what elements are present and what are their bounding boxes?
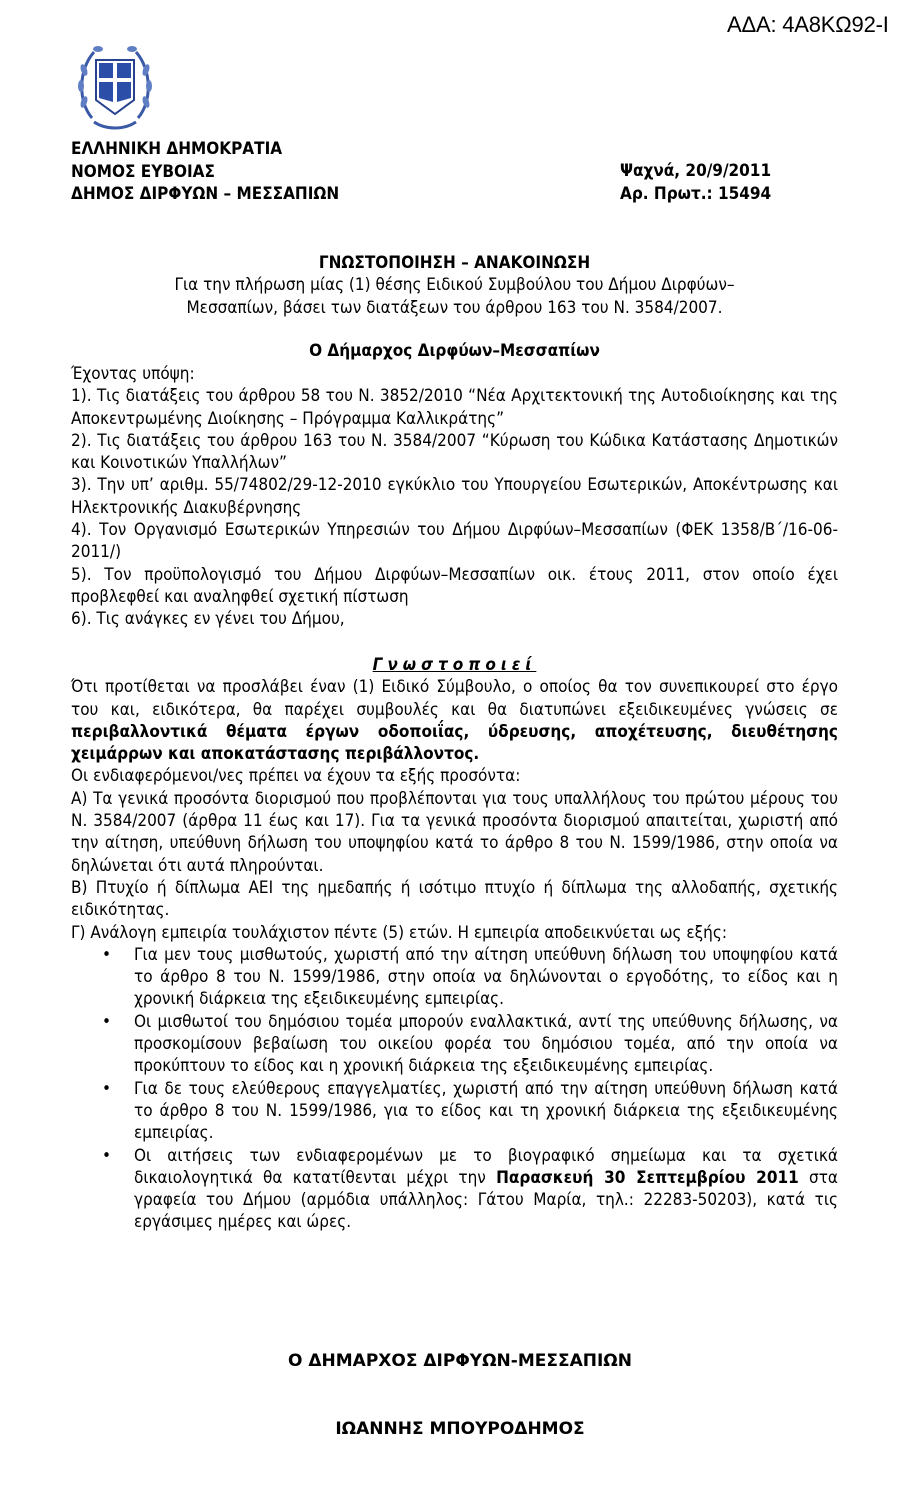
notification-section: Γνωστοποιεί Ότι προτίθεται να προσλάβει … [71,654,838,1234]
list-item: Οι αιτήσεις των ενδιαφερομένων με το βιο… [134,1145,838,1234]
place-date: Ψαχνά, 20/9/2011 [620,160,771,183]
consideration-item: 3). Την υπ’ αριθμ. 55/74802/29-12-2010 ε… [71,474,838,519]
notify-heading: Γνωστοποιεί [71,654,838,676]
consideration-item: 5). Τον προϋπολογισμό του Δήμου Διρφύων–… [71,564,838,609]
qualification-b: Β) Πτυχίο ή δίπλωμα ΑΕΙ της ημεδαπής ή ι… [71,877,838,922]
list-item: Για μεν τους μισθωτούς, χωριστή από την … [134,944,838,1011]
considering-label: Έχοντας υπόψη: [71,363,838,385]
title-block: ΓΝΩΣΤΟΠΟΙΗΣΗ – ΑΝΑΚΟΙΝΩΣΗ Για την πλήρωσ… [71,252,838,319]
greek-coat-of-arms-icon [74,40,156,132]
qualification-a: Α) Τα γενικά προσόντα διορισμού που προβ… [71,788,838,877]
signature-title: Ο ΔΗΜΑΡΧΟΣ ΔΙΡΦΥΩΝ-ΜΕΣΣΑΠΙΩΝ [0,1351,920,1371]
consideration-item: 4). Τον Οργανισμό Εσωτερικών Υπηρεσιών τ… [71,519,838,564]
notify-intro-text: Ότι προτίθεται να προσλάβει έναν (1) Ειδ… [71,677,838,719]
signature-name: ΙΩΑΝΝΗΣ ΜΠΟΥΡΟΔΗΜΟΣ [0,1419,920,1439]
consideration-item: 6). Τις ανάγκες εν γένει του Δήμου, [71,608,838,630]
ada-code: ΑΔΑ: 4Α8ΚΩ92-Ι [727,12,889,38]
consideration-item: 1). Τις διατάξεις του άρθρου 58 του Ν. 3… [71,385,838,430]
experience-proof-list: Για μεν τους μισθωτούς, χωριστή από την … [71,944,838,1234]
notify-intro: Ότι προτίθεται να προσλάβει έναν (1) Ειδ… [71,676,838,765]
issuer-municipality: ΔΗΜΟΣ ΔΙΡΦΥΩΝ – ΜΕΣΣΑΠΙΩΝ [71,183,339,206]
list-item: Για δε τους ελεύθερους επαγγελματίες, χω… [134,1078,838,1145]
considerations-section: Έχοντας υπόψη: 1). Τις διατάξεις του άρθ… [71,363,838,631]
deadline-date: Παρασκευή 30 Σεπτεμβρίου 2011 [496,1168,799,1188]
notify-intro-subject: περιβαλλοντικά θέματα έργων οδοποιΐας, ύ… [71,722,838,764]
issuer-block: ΕΛΛΗΝΙΚΗ ΔΗΜΟΚΡΑΤΙΑ ΝΟΜΟΣ ΕΥΒΟΙΑΣ ΔΗΜΟΣ … [71,138,339,206]
document-title: ΓΝΩΣΤΟΠΟΙΗΣΗ – ΑΝΑΚΟΙΝΩΣΗ [71,252,838,274]
protocol-number: Αρ. Πρωτ.: 15494 [620,183,771,206]
qualifications-label: Οι ενδιαφερόμενοι/νες πρέπει να έχουν τα… [71,765,838,787]
list-item: Οι μισθωτοί του δημόσιου τομέα μπορούν ε… [134,1011,838,1078]
issuer-country: ΕΛΛΗΝΙΚΗ ΔΗΜΟΚΡΑΤΙΑ [71,138,339,161]
issuer-prefecture: ΝΟΜΟΣ ΕΥΒΟΙΑΣ [71,161,339,184]
date-protocol-block: Ψαχνά, 20/9/2011 Αρ. Πρωτ.: 15494 [620,160,771,205]
qualification-c: Γ) Ανάλογη εμπειρία τουλάχιστον πέντε (5… [71,922,838,944]
mayor-heading: Ο Δήμαρχος Διρφύων–Μεσσαπίων [71,340,838,362]
document-subtitle-line1: Για την πλήρωση μίας (1) θέσης Ειδικού Σ… [71,274,838,296]
document-subtitle-line2: Μεσσαπίων, βάσει των διατάξεων του άρθρο… [71,297,838,319]
consideration-item: 2). Τις διατάξεις του άρθρου 163 του Ν. … [71,430,838,475]
